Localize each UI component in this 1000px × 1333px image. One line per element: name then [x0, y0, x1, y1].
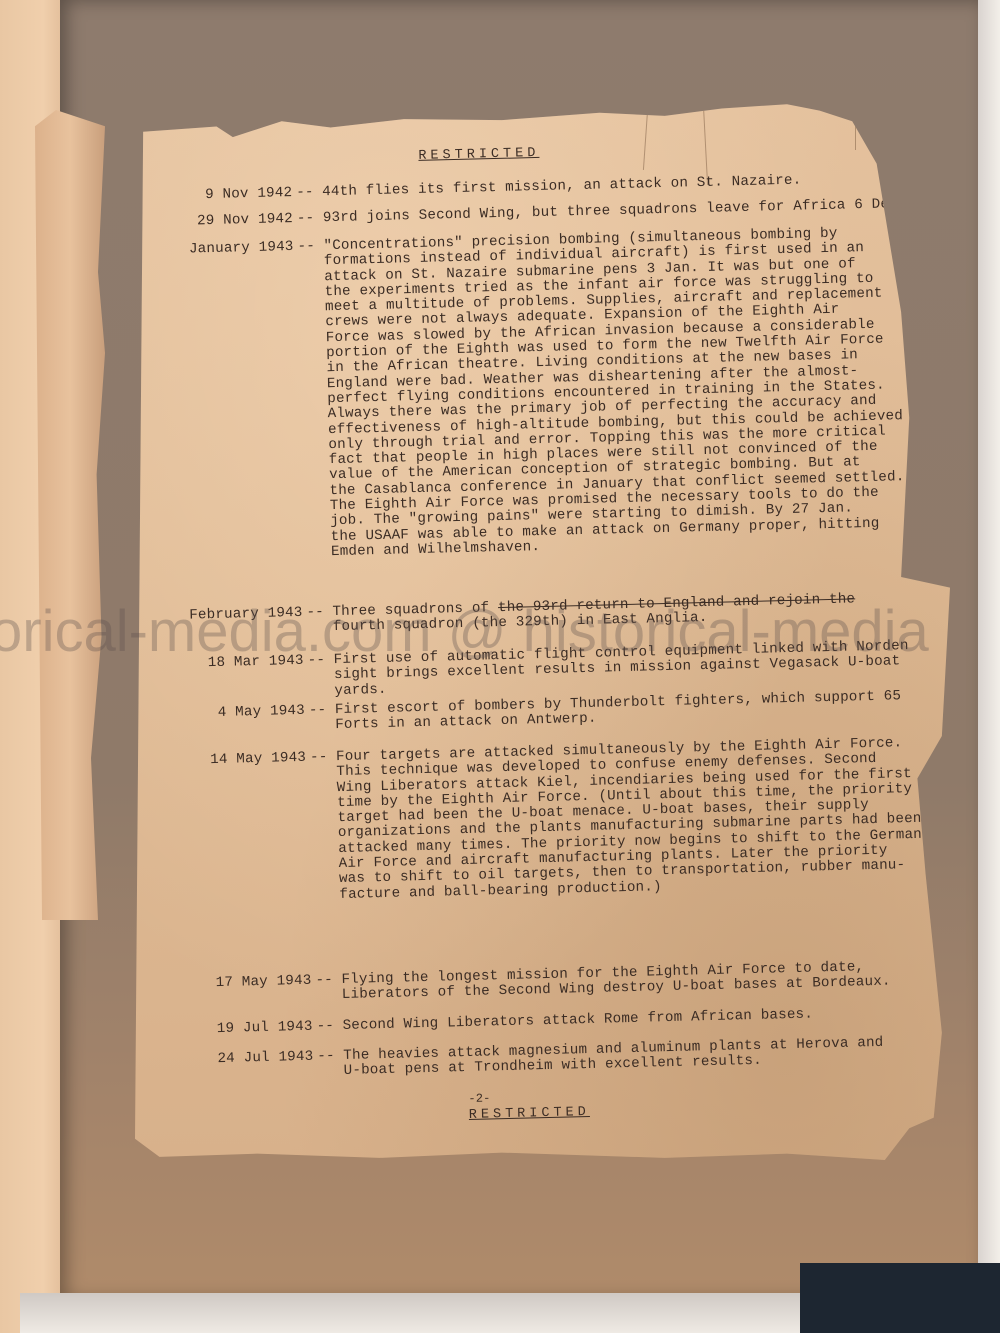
header-restricted: RESTRICTED — [418, 146, 539, 164]
entry-text: The heavies attack magnesium and aluminu… — [343, 1035, 904, 1079]
entry-text: "Concentrations" precision bombing (simu… — [323, 226, 891, 561]
timeline-entry: 19 Jul 1943--Second Wing Liberators atta… — [194, 1005, 914, 1023]
typed-document-page: RESTRICTED 9 Nov 1942--44th flies its fi… — [135, 100, 950, 1160]
timeline-entry: 24 Jul 1943--The heavies attack magnesiu… — [195, 1035, 915, 1053]
entry-separator: -- — [316, 1019, 334, 1035]
timeline-entry: 17 May 1943--Flying the longest mission … — [193, 959, 913, 977]
entry-date: 18 Mar 1943 — [186, 654, 304, 672]
entry-text-line: 93rd joins Second Wing, but three squadr… — [323, 198, 883, 227]
entry-date: 14 May 1943 — [188, 751, 306, 769]
timeline-entry: 9 Nov 1942--44th flies its first mission… — [174, 171, 894, 189]
entry-separator: -- — [308, 653, 326, 669]
entry-text-line: 44th flies its first mission, an attack … — [322, 172, 882, 201]
entry-separator: -- — [297, 211, 315, 227]
entry-date: February 1943 — [184, 606, 302, 624]
entry-text: Four targets are attacked simultaneously… — [336, 736, 900, 903]
entry-date: 19 Jul 1943 — [194, 1020, 312, 1038]
timeline-entry: January 1943--"Concentrations" precision… — [175, 225, 895, 243]
entry-text: 44th flies its first mission, an attack … — [322, 172, 882, 201]
timeline-entry: 18 Mar 1943--First use of automatic flig… — [186, 639, 906, 657]
entry-text: Flying the longest mission for the Eight… — [341, 959, 902, 1003]
underlying-sheet-bottom — [20, 1293, 880, 1333]
entry-date: 24 Jul 1943 — [195, 1050, 313, 1068]
document-body: RESTRICTED 9 Nov 1942--44th flies its fi… — [122, 90, 963, 1170]
entry-separator: -- — [296, 185, 314, 201]
entry-date: 17 May 1943 — [193, 974, 311, 992]
entry-date: 29 Nov 1942 — [175, 212, 293, 230]
entry-date: 4 May 1943 — [187, 704, 305, 722]
entry-separator: -- — [306, 605, 324, 621]
entry-text: Three squadrons of the 93rd return to En… — [332, 591, 893, 635]
entry-separator: -- — [315, 973, 333, 989]
footer-restricted: RESTRICTED — [469, 1105, 590, 1123]
page-number: -2- — [468, 1091, 491, 1107]
entry-separator: -- — [297, 239, 315, 255]
entry-text-line: Second Wing Liberators attack Rome from … — [342, 1005, 902, 1034]
entry-separator: -- — [317, 1049, 335, 1065]
entry-text: 93rd joins Second Wing, but three squadr… — [323, 198, 883, 227]
entry-separator: -- — [310, 750, 328, 766]
dark-surface — [800, 1263, 1000, 1333]
timeline-entry: 14 May 1943--Four targets are attacked s… — [188, 736, 908, 754]
right-sheet-text-fragments — [980, 575, 998, 719]
timeline-entry: February 1943--Three squadrons of the 93… — [184, 591, 904, 609]
entry-text: Second Wing Liberators attack Rome from … — [342, 1005, 902, 1034]
entry-date: 9 Nov 1942 — [174, 186, 292, 204]
entry-date: January 1943 — [175, 240, 293, 258]
entry-separator: -- — [309, 703, 327, 719]
photo-background: RESTRICTED 9 Nov 1942--44th flies its fi… — [0, 0, 1000, 1333]
